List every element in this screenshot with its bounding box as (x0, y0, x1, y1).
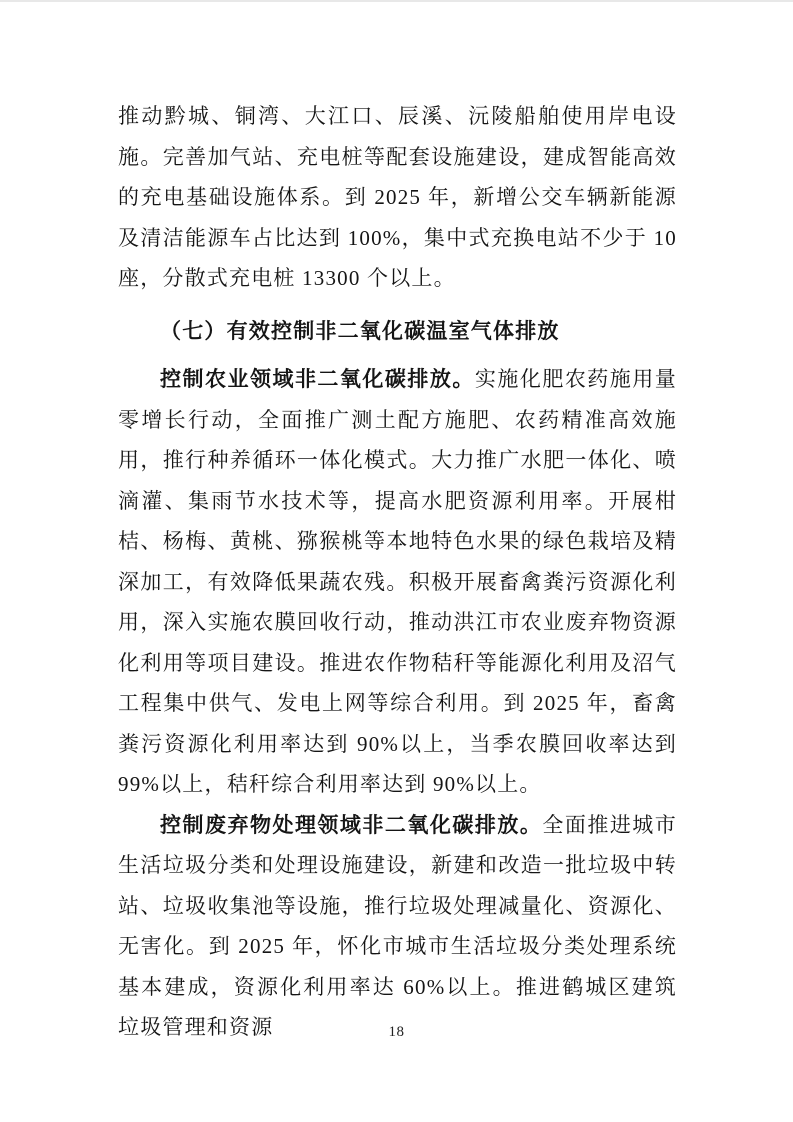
paragraph-lead-agriculture: 控制农业领域非二氧化碳排放。 (160, 367, 475, 391)
document-page: 推动黔城、铜湾、大江口、辰溪、沅陵船舶使用岸电设施。完善加气站、充电桩等配套设施… (0, 0, 793, 1122)
paragraph-body-agriculture: 实施化肥农药施用量零增长行动，全面推广测土配方施肥、农药精准高效施用，推行种养循… (118, 367, 677, 796)
scan-edge-artifact (0, 0, 793, 2)
section-heading-non-co2-emissions: （七）有效控制非二氧化碳温室气体排放 (118, 299, 677, 360)
paragraph-waste-treatment-emissions: 控制废弃物处理领域非二氧化碳排放。全面推进城市生活垃圾分类和处理设施建设，新建和… (118, 805, 677, 1048)
paragraph-agriculture-emissions: 控制农业领域非二氧化碳排放。实施化肥农药施用量零增长行动，全面推广测土配方施肥、… (118, 359, 677, 805)
paragraph-shore-power-charging: 推动黔城、铜湾、大江口、辰溪、沅陵船舶使用岸电设施。完善加气站、充电桩等配套设施… (118, 96, 677, 299)
page-number: 18 (0, 1022, 793, 1042)
paragraph-body-waste-treatment: 全面推进城市生活垃圾分类和处理设施建设，新建和改造一批垃圾中转站、垃圾收集池等设… (118, 813, 677, 1040)
page-body-text: 推动黔城、铜湾、大江口、辰溪、沅陵船舶使用岸电设施。完善加气站、充电桩等配套设施… (118, 96, 677, 1048)
paragraph-lead-waste-treatment: 控制废弃物处理领域非二氧化碳排放。 (160, 813, 542, 837)
